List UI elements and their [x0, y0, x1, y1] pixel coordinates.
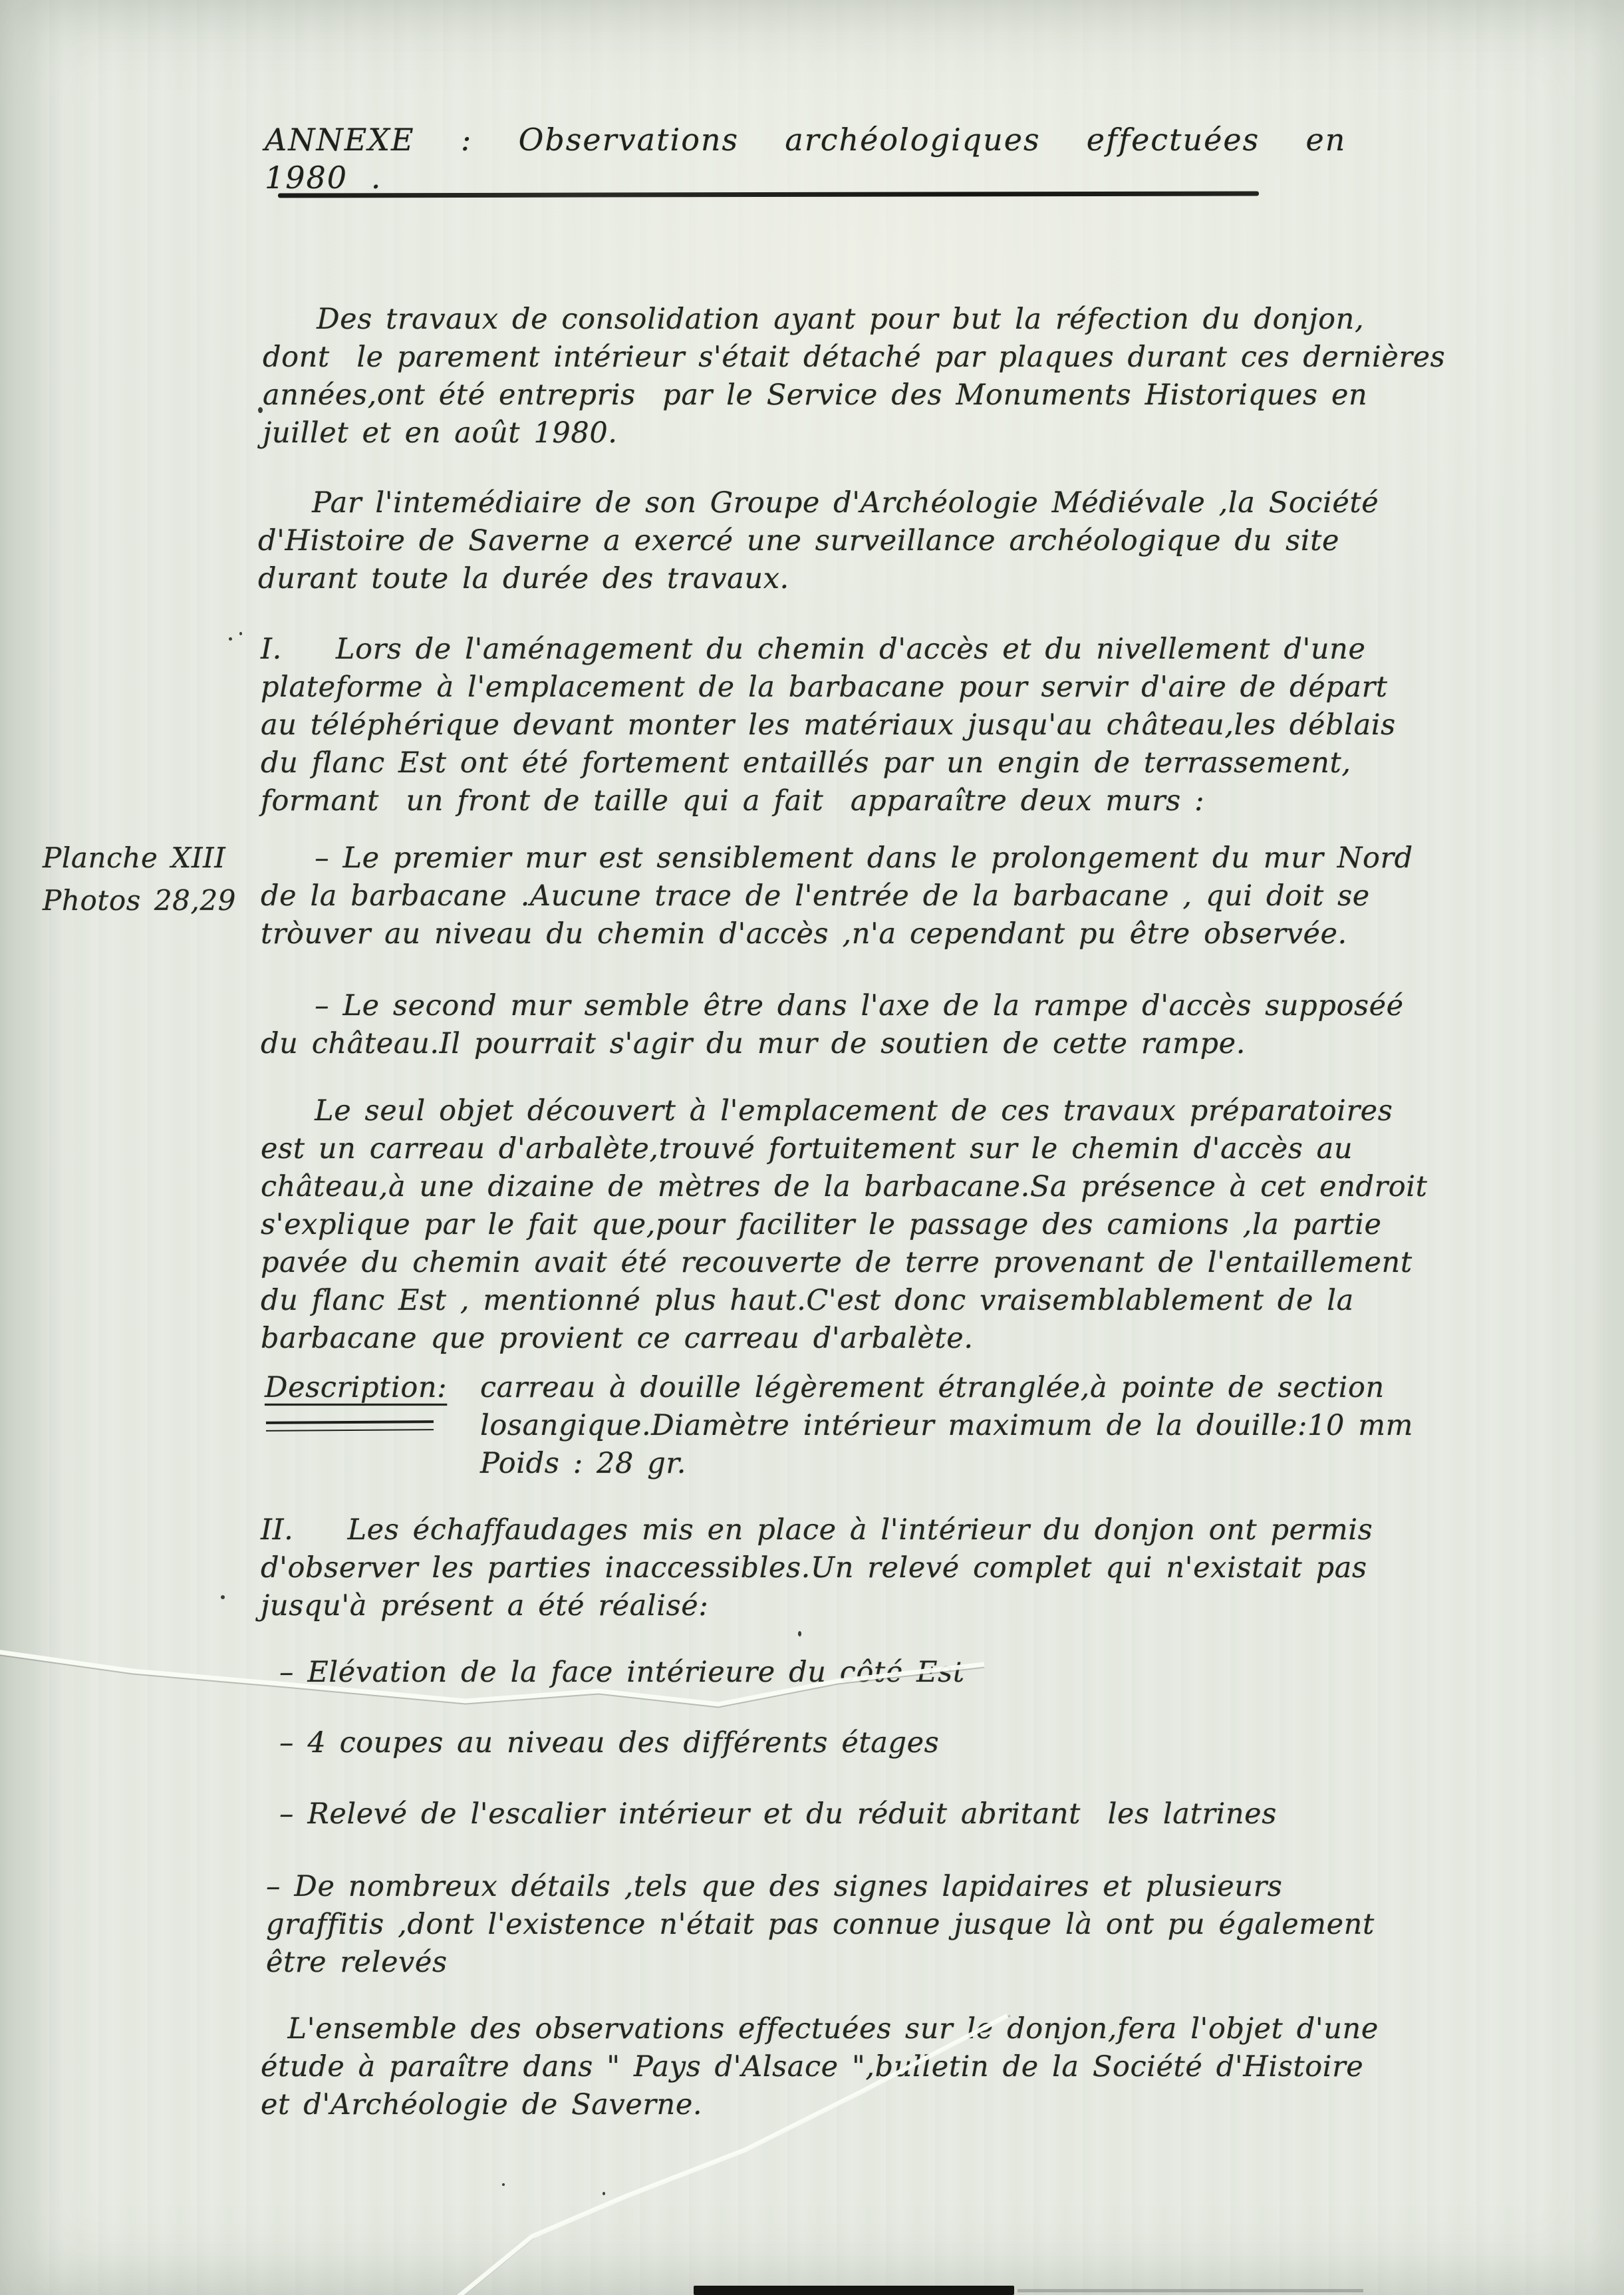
description-text: carreau à douille légèrement étranglée,à… [480, 1369, 1491, 1483]
description-label-dash [266, 1420, 434, 1432]
scan-artifact-bar [694, 2286, 1014, 2295]
paragraph-consolidation-works: Des travaux de consolidation ayant pour … [263, 301, 1466, 452]
document-title: ANNEXE : Observations archéologiques eff… [265, 121, 1395, 197]
ink-speck [221, 1595, 225, 1599]
list-item-escalier: – Relevé de l'escalier intérieur et du r… [279, 1795, 1476, 1833]
paragraph-section-one: I. Lors de l'aménagement du chemin d'acc… [261, 631, 1478, 820]
scan-artifact-smudge [1017, 2289, 1363, 2292]
ink-speck [798, 1631, 801, 1636]
ink-speck [229, 637, 232, 641]
ink-speck [502, 2183, 505, 2186]
description-label: Description: [265, 1369, 447, 1407]
paragraph-conclusion: L'ensemble des observations effectuées s… [261, 2010, 1484, 2124]
ink-speck [603, 2192, 605, 2195]
paragraph-second-wall: – Le second mur semble être dans l'axe d… [261, 987, 1471, 1063]
paragraph-first-wall: – Le premier mur est sensiblement dans l… [261, 840, 1484, 953]
ink-speck [239, 632, 242, 635]
scanned-document-page: ANNEXE : Observations archéologiques eff… [0, 0, 1624, 2295]
list-item-elevation: – Elévation de la face intérieure du côt… [279, 1654, 1410, 1692]
paragraph-section-two: II. Les échaffaudages mis en place à l'i… [261, 1511, 1484, 1625]
ink-speck [258, 407, 263, 413]
paragraph-crossbow-bolt-find: Le seul objet découvert à l'emplacement … [261, 1092, 1478, 1358]
margin-note-planche-photos: Planche XIII Photos 28,29 [43, 837, 255, 922]
paragraph-societe-histoire: Par l'intemédiaire de son Groupe d'Arché… [258, 484, 1462, 598]
list-item-details-graffitis: – De nombreux détails ,tels que des sign… [266, 1868, 1483, 1982]
list-item-coupes: – 4 coupes au niveau des différents étag… [279, 1724, 1410, 1762]
